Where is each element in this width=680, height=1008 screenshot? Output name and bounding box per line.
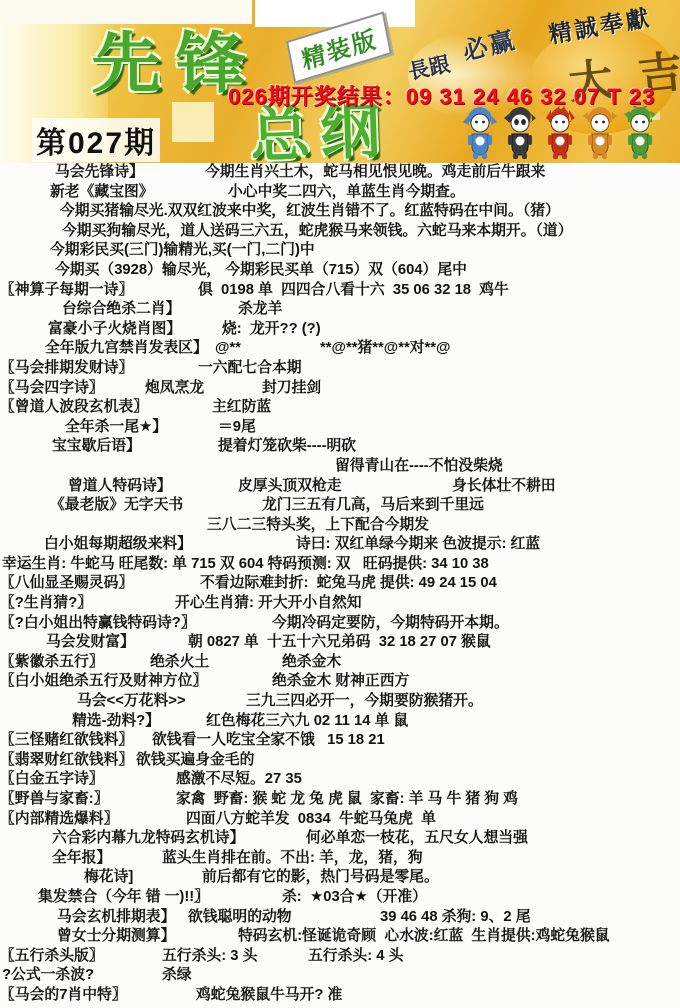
row-label: 〖八仙显圣赐灵码〗 — [0, 574, 133, 594]
row-label: 〖三怪赌红欲钱料〗 — [0, 731, 133, 751]
sheet-row: 白小姐每期超级来料】诗曰: 双红单绿今期来 色波提示: 红蓝 — [0, 535, 680, 555]
row-content: 欲钱看一人吃宝全家不饿 15 18 21 — [152, 731, 385, 751]
row-content: 留得青山在----不怕没柴烧 — [335, 457, 503, 477]
sheet-row: 马会<<万花料>>三九三四必开一，今期要防猴猪开。 — [0, 692, 680, 712]
row-content: 蓝头生肖排在前。不出: 羊，龙，猪，狗 — [162, 849, 423, 869]
sheet-row: 〖曾道人波段玄机表〗主红防蓝 — [0, 398, 680, 418]
row-label: 〖翡翠财红欲钱料〗 — [0, 751, 133, 771]
sheet-row: 留得青山在----不怕没柴烧 — [0, 457, 680, 477]
row-content: 龙门三五有几高，马后来到千里远 — [262, 496, 484, 516]
sheet-row: 〖马会的7肖中特〗鸡蛇兔猴鼠牛马开? 准 — [0, 986, 680, 1006]
row-content: 小心中奖二四六，单蓝生肖今期查。 — [228, 183, 465, 203]
row-label: 白小姐每期超级来料】 — [44, 535, 192, 555]
row-content: 幸运生肖: 牛蛇马 旺尾数: 单 715 双 604 特码预测: 双 旺码提供:… — [2, 555, 489, 575]
sheet-row: 精选-劲料?】红色梅花三六九 02 11 14 单 鼠 — [0, 712, 680, 732]
sheet-row: 六合彩内幕九龙特码玄机诗】何必单恋一枝花，五尺女人想当强 — [0, 829, 680, 849]
row-content: 红色梅花三六九 02 11 14 单 鼠 — [206, 712, 408, 732]
fuwa-red-flame-mascot-icon — [542, 106, 578, 160]
tipsheet-page: 大吉 先锋 总纲 精装版 精誠奉獻 必赢 長跟 026期开奖结果：09 31 2… — [0, 0, 680, 1008]
row-label: 〖内部精选爆料〗 — [0, 810, 118, 830]
row-content: 感激不尽短。27 35 — [176, 770, 302, 790]
row-label: 〖野兽与家畜:〗 — [0, 790, 109, 810]
sheet-row: 三八二三特头奖，上下配合今期发 — [0, 516, 680, 536]
row-label: 宝宝歇后语】 — [52, 437, 141, 457]
row-content: 提着灯笼砍柴----明砍 — [218, 437, 356, 457]
sheet-row: 〖三怪赌红欲钱料〗欲钱看一人吃宝全家不饿 15 18 21 — [0, 731, 680, 751]
row-content: 烧: 龙开?? (?) — [222, 320, 321, 340]
sheet-row: 〖?生肖猜?〗开心生肖猜: 开大开小自然知 — [0, 594, 680, 614]
sheet-row: 台综合绝杀二肖】杀龙羊 — [0, 300, 680, 320]
sheet-row: 〖白金五字诗〗感激不尽短。27 35 — [0, 770, 680, 790]
row-content: 特码玄机:怪诞诡奇顾 心水波:红蓝 生肖提供:鸡蛇兔猴鼠 — [238, 927, 610, 947]
row-label: 集发禁合（今年 错 一)!!〗 — [38, 888, 209, 908]
fuwa-blue-mascot-icon — [462, 106, 498, 160]
row-content: 何必单恋一枝花，五尺女人想当强 — [306, 829, 528, 849]
row-content-extra: 39 46 48 杀狗: 9、2 尾 — [380, 908, 531, 928]
row-label: 〖神算子每期一诗〗 — [0, 281, 133, 301]
sheet-row: 今期买（3928）输尽光， 今期彩民买单（715）双（604）尾中 — [0, 261, 680, 281]
fuwa-green-mascot-icon — [622, 106, 658, 160]
header-white-box — [255, 0, 415, 27]
sheet-row: 全年版九宫禁肖发表区】@****@**猪**@**对**@ — [0, 339, 680, 359]
row-label: 台综合绝杀二肖】 — [62, 300, 180, 320]
sheet-row: 〖野兽与家畜:〗家禽 野畜: 猴 蛇 龙 兔 虎 鼠 家畜: 羊 马 牛 猪 狗… — [0, 790, 680, 810]
row-content-extra: 身长体壮不耕田 — [452, 477, 556, 497]
row-content: 今期买狗输尽光，道人送码三六五，蛇虎猴马来领钱。六蛇马来本期开。（道） — [62, 222, 573, 242]
row-label: 《最老版》无字天书 — [50, 496, 183, 516]
row-content: 绝杀金木 财神正西方 — [272, 672, 409, 692]
row-content: 欲钱聪明的动物 — [188, 908, 292, 928]
sheet-row: 幸运生肖: 牛蛇马 旺尾数: 单 715 双 604 特码预测: 双 旺码提供:… — [0, 555, 680, 575]
row-label: 〖?生肖猜?〗 — [0, 594, 92, 614]
row-content: 前后都有它的影，热门号码是零尾。 — [202, 868, 439, 888]
row-label: 〖五行杀头版〗 — [0, 947, 104, 967]
sheet-row: 〖紫徽杀五行〗绝杀火土绝杀金木 — [0, 653, 680, 673]
row-content: 俱 0198 单 四四合八看十六 35 06 32 18 鸡牛 — [198, 281, 509, 301]
row-content: 三八二三特头奖，上下配合今期发 — [207, 516, 429, 536]
row-content: 诗曰: 双红单绿今期来 色波提示: 红蓝 — [296, 535, 540, 555]
sheet-row: 宝宝歇后语】提着灯笼砍柴----明砍 — [0, 437, 680, 457]
sheet-row: 集发禁合（今年 错 一)!!〗杀: ★03合★（开准） — [0, 888, 680, 908]
row-label: 梅花诗] — [84, 868, 133, 888]
sheet-row: 〖翡翠财红欲钱料〗欲钱买遍身金毛的 — [0, 751, 680, 771]
row-content: 杀: ★03合★（开准） — [282, 888, 427, 908]
row-content: 今期买（3928）输尽光， 今期彩民买单（715）双（604）尾中 — [55, 261, 467, 281]
row-content: 炮凤烹龙 — [145, 379, 204, 399]
sheet-row: 〖白小姐绝杀五行及财神方位〗绝杀金木 财神正西方 — [0, 672, 680, 692]
row-content-extra: 绝杀金木 — [282, 653, 341, 673]
row-content: 不看边际难封折: 蛇兔马虎 提供: 49 24 15 04 — [200, 574, 497, 594]
sheet-row: 马会玄机排期表】欲钱聪明的动物39 46 48 杀狗: 9、2 尾 — [0, 908, 680, 928]
sheet-row: 〖内部精选爆料〗四面八方蛇羊发 0834 牛蛇马兔虎 单 — [0, 810, 680, 830]
row-label: 精选-劲料?】 — [72, 712, 160, 732]
row-content: 绝杀火土 — [150, 653, 209, 673]
row-label: 〖马会的7肖中特〗 — [0, 986, 127, 1006]
row-content: 鸡蛇兔猴鼠牛马开? 准 — [196, 986, 342, 1006]
row-content: 四面八方蛇羊发 0834 牛蛇马兔虎 单 — [186, 810, 436, 830]
sheet-row: 曾道人特码诗】皮厚头顶双枪走身长体壮不耕田 — [0, 477, 680, 497]
row-content: 三九三四必开一，今期要防猴猪开。 — [246, 692, 483, 712]
sheet-row: 曾女士分期测算】特码玄机:怪诞诡奇顾 心水波:红蓝 生肖提供:鸡蛇兔猴鼠 — [0, 927, 680, 947]
row-label: 新老《藏宝图》 — [50, 183, 154, 203]
row-label: 马会<<万花料>> — [77, 692, 186, 712]
row-label: 曾道人特码诗】 — [68, 477, 172, 497]
sheet-row: 今期买猪输尽光.双双红波来中奖，红波生肖错不了。红蓝特码在中间。（猪） — [0, 202, 680, 222]
sheet-row: 今期彩民买(三门)输精光,买(一门,二门)中 — [0, 241, 680, 261]
row-content: @** — [215, 339, 241, 359]
sheet-row: ?公式一杀波?杀绿 — [0, 966, 680, 986]
row-label: 全年杀一尾★】 — [65, 418, 167, 438]
row-label: 马会玄机排期表】 — [57, 908, 175, 928]
row-content: 开心生肖猜: 开大开小自然知 — [175, 594, 362, 614]
row-label: 六合彩内幕九龙特码玄机诗】 — [52, 829, 244, 849]
row-label: 〖白金五字诗〗 — [0, 770, 104, 790]
fuwa-orange-mascot-icon — [582, 106, 618, 160]
row-content: 五行杀头: 3 头 — [162, 947, 257, 967]
row-content: 杀龙羊 — [238, 300, 282, 320]
row-content: 朝 0827 单 十五十六兄弟码 32 18 27 07 猴鼠 — [188, 633, 491, 653]
row-content: 杀绿 — [162, 966, 192, 986]
row-content-extra: 封刀挂剑 — [262, 379, 321, 399]
row-label: 曾女士分期测算】 — [57, 927, 175, 947]
sheet-row: 《最老版》无字天书龙门三五有几高，马后来到千里远 — [0, 496, 680, 516]
sheet-row: 〖八仙显圣赐灵码〗不看边际难封折: 蛇兔马虎 提供: 49 24 15 04 — [0, 574, 680, 594]
row-content: 今期买猪输尽光.双双红波来中奖，红波生肖错不了。红蓝特码在中间。（猪） — [60, 202, 560, 222]
row-content: 皮厚头顶双枪走 — [238, 477, 342, 497]
issue-number: 第027期 — [32, 118, 160, 162]
row-content: 主红防蓝 — [212, 398, 271, 418]
sheet-row: 〖马会排期发财诗〗一六配七合本期 — [0, 359, 680, 379]
row-label: 〖?白小姐出特赢钱特码诗?〗 — [0, 614, 196, 634]
edition-badge-label: 精装版 — [300, 26, 380, 75]
row-label: 马会先锋诗】 — [55, 163, 144, 183]
sheet-row: 马会先锋诗】今期生肖兴土木，蛇马相见恨见晚。鸡走前后牛跟来 — [0, 163, 680, 183]
row-content-extra: 五行杀头: 4 头 — [308, 947, 403, 967]
row-label: 〖马会排期发财诗〗 — [0, 359, 133, 379]
fuwa-panda-mascot-icon — [502, 106, 538, 160]
sheet-row: 富豪小子火烧肖图】烧: 龙开?? (?) — [0, 320, 680, 340]
header-pale-block — [172, 102, 214, 142]
sheet-row: 今期买狗输尽光，道人送码三六五，蛇虎猴马来领钱。六蛇马来本期开。（道） — [0, 222, 680, 242]
row-label: 〖曾道人波段玄机表〗 — [0, 398, 148, 418]
row-content: 欲钱买遍身金毛的 — [136, 751, 254, 771]
sheet-row: 新老《藏宝图》小心中奖二四六，单蓝生肖今期查。 — [0, 183, 680, 203]
sheet-row: 〖五行杀头版〗五行杀头: 3 头五行杀头: 4 头 — [0, 947, 680, 967]
sheet-row: 梅花诗]前后都有它的影，热门号码是零尾。 — [0, 868, 680, 888]
sheet-row: 全年报】蓝头生肖排在前。不出: 羊，龙，猪，狗 — [0, 849, 680, 869]
row-label: 富豪小子火烧肖图】 — [48, 320, 181, 340]
sheet-row: 全年杀一尾★】＝9尾 — [0, 418, 680, 438]
sheet-row: 〖?白小姐出特赢钱特码诗?〗今期冷码定要防，今期特码开本期。 — [0, 614, 680, 634]
row-content: 家禽 野畜: 猴 蛇 龙 兔 虎 鼠 家畜: 羊 马 牛 猪 狗 鸡 — [176, 790, 518, 810]
row-content: 今期生肖兴土木，蛇马相见恨见晚。鸡走前后牛跟来 — [205, 163, 545, 183]
row-content-extra: **@**猪**@**对**@ — [320, 339, 450, 359]
row-label: 〖紫徽杀五行〗 — [0, 653, 104, 673]
row-content: 今期冷码定要防，今期特码开本期。 — [272, 614, 509, 634]
row-label: ?公式一杀波? — [2, 966, 94, 986]
row-content: 今期彩民买(三门)输精光,买(一门,二门)中 — [50, 241, 315, 261]
row-label: 〖白小姐绝杀五行及财神方位〗 — [0, 672, 207, 692]
sheet-row: 马会发财富】朝 0827 单 十五十六兄弟码 32 18 27 07 猴鼠 — [0, 633, 680, 653]
row-content: 一六配七合本期 — [198, 359, 302, 379]
sheet-row: 〖马会四字诗〗炮凤烹龙封刀挂剑 — [0, 379, 680, 399]
row-content: ＝9尾 — [218, 418, 256, 438]
row-label: 全年报】 — [52, 849, 111, 869]
row-label: 〖马会四字诗〗 — [0, 379, 104, 399]
row-label: 马会发财富】 — [46, 633, 135, 653]
tip-sheet-body: 马会先锋诗】今期生肖兴土木，蛇马相见恨见晚。鸡走前后牛跟来 新老《藏宝图》小心中… — [0, 163, 680, 1008]
header-banner: 大吉 先锋 总纲 精装版 精誠奉獻 必赢 長跟 026期开奖结果：09 31 2… — [0, 0, 680, 163]
mascot-row — [462, 104, 662, 160]
row-label: 全年版九宫禁肖发表区】 — [45, 339, 208, 359]
sheet-row: 〖神算子每期一诗〗俱 0198 单 四四合八看十六 35 06 32 18 鸡牛 — [0, 281, 680, 301]
